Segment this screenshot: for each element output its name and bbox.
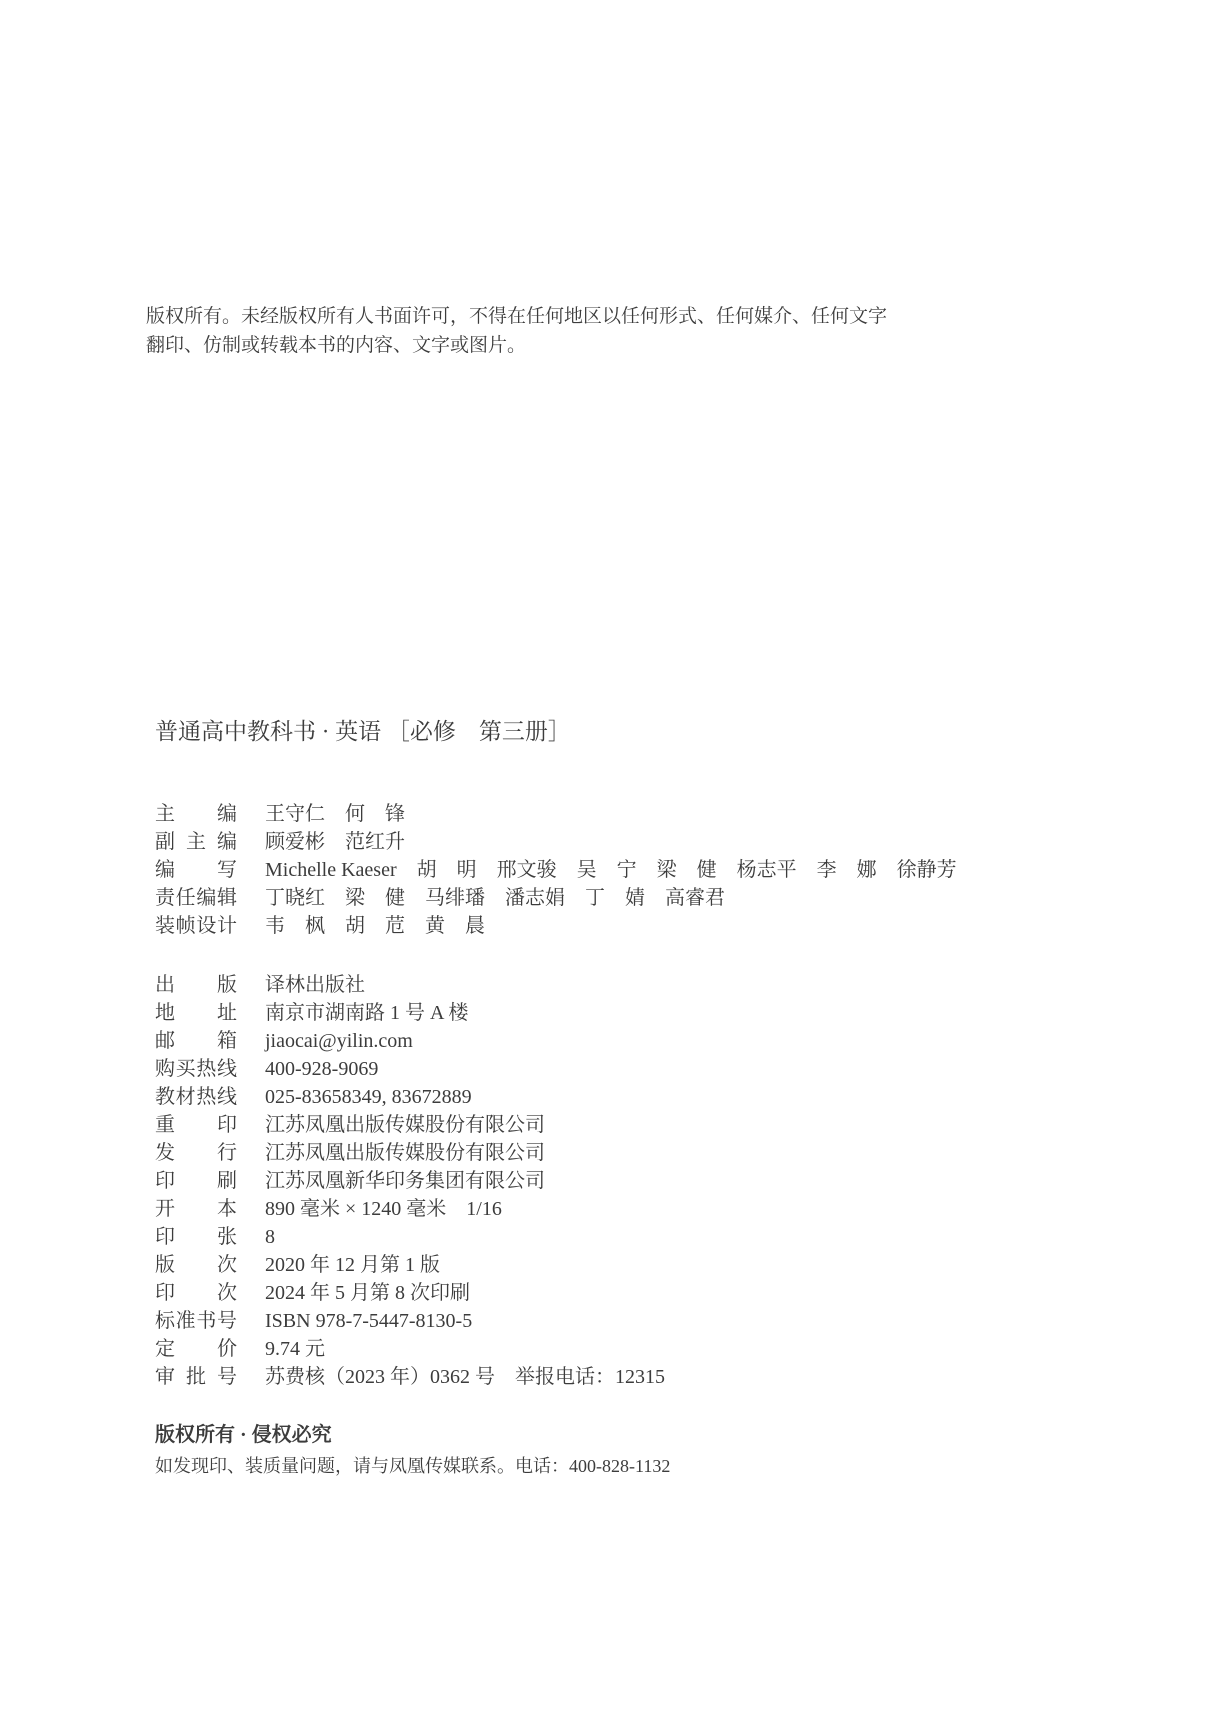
row-label: 标准书号 xyxy=(155,1307,237,1335)
staff-row: 装帧设计韦 枫 胡 苊 黄 晨 xyxy=(155,912,957,940)
legal-heading: 版权所有 · 侵权必究 xyxy=(155,1421,670,1449)
row-label: 版次 xyxy=(155,1251,237,1279)
staff-row-value: 韦 枫 胡 苊 黄 晨 xyxy=(265,912,485,940)
publication-row: 版次2020 年 12 月第 1 版 xyxy=(155,1251,665,1279)
row-label: 地址 xyxy=(155,999,237,1027)
staff-row-label: 编写 xyxy=(155,856,237,884)
row-label: 开本 xyxy=(155,1195,237,1223)
staff-row-value: 王守仁 何 锋 xyxy=(265,800,405,828)
row-value: jiaocai@yilin.com xyxy=(265,1027,413,1055)
row-value: 译林出版社 xyxy=(265,971,365,999)
publication-row: 地址南京市湖南路 1 号 A 楼 xyxy=(155,999,665,1027)
row-label: 购买热线 xyxy=(155,1055,237,1083)
row-label: 重印 xyxy=(155,1111,237,1139)
publication-row: 印张8 xyxy=(155,1223,665,1251)
row-value: 江苏凤凰出版传媒股份有限公司 xyxy=(265,1111,545,1139)
staff-row-value: 丁晓红 梁 健 马绯璠 潘志娟 丁 婧 高睿君 xyxy=(265,884,725,912)
publication-row: 邮箱jiaocai@yilin.com xyxy=(155,1027,665,1055)
row-label: 审批号 xyxy=(155,1363,237,1391)
publication-row: 重印江苏凤凰出版传媒股份有限公司 xyxy=(155,1111,665,1139)
publication-section: 出版译林出版社 地址南京市湖南路 1 号 A 楼 邮箱jiaocai@yilin… xyxy=(155,971,665,1391)
row-value: 江苏凤凰出版传媒股份有限公司 xyxy=(265,1139,545,1167)
staff-row-label: 责任编辑 xyxy=(155,884,237,912)
publication-row: 教材热线025-83658349, 83672889 xyxy=(155,1083,665,1111)
row-label: 印刷 xyxy=(155,1167,237,1195)
book-title: 普通高中教科书 · 英语 ［必修 第三册］ xyxy=(155,717,571,747)
notice-line-2: 翻印、仿制或转载本书的内容、文字或图片。 xyxy=(146,331,887,360)
row-value: 025-83658349, 83672889 xyxy=(265,1083,472,1111)
publication-row: 印次2024 年 5 月第 8 次印刷 xyxy=(155,1279,665,1307)
row-value: 2020 年 12 月第 1 版 xyxy=(265,1251,440,1279)
row-label: 出版 xyxy=(155,971,237,999)
publication-row: 印刷江苏凤凰新华印务集团有限公司 xyxy=(155,1167,665,1195)
row-label: 定价 xyxy=(155,1335,237,1363)
row-value: 400-928-9069 xyxy=(265,1055,378,1083)
row-label: 教材热线 xyxy=(155,1083,237,1111)
publication-row: 发行江苏凤凰出版传媒股份有限公司 xyxy=(155,1139,665,1167)
staff-row: 副主编顾爱彬 范红升 xyxy=(155,828,957,856)
publication-row: 审批号苏费核（2023 年）0362 号 举报电话：12315 xyxy=(155,1363,665,1391)
row-label: 发行 xyxy=(155,1139,237,1167)
row-label: 邮箱 xyxy=(155,1027,237,1055)
row-label: 印次 xyxy=(155,1279,237,1307)
staff-row: 编写Michelle Kaeser 胡 明 邢文骏 吴 宁 梁 健 杨志平 李 … xyxy=(155,856,957,884)
staff-row-value: 顾爱彬 范红升 xyxy=(265,828,405,856)
row-value: 8 xyxy=(265,1223,275,1251)
row-label: 印张 xyxy=(155,1223,237,1251)
publication-row: 购买热线400-928-9069 xyxy=(155,1055,665,1083)
publication-row: 出版译林出版社 xyxy=(155,971,665,999)
row-value: 9.74 元 xyxy=(265,1335,325,1363)
row-value: 江苏凤凰新华印务集团有限公司 xyxy=(265,1167,545,1195)
staff-row-value: Michelle Kaeser 胡 明 邢文骏 吴 宁 梁 健 杨志平 李 娜 … xyxy=(265,856,957,884)
publication-row: 开本890 毫米 × 1240 毫米 1/16 xyxy=(155,1195,665,1223)
notice-line-1: 版权所有。未经版权所有人书面许可，不得在任何地区以任何形式、任何媒介、任何文字 xyxy=(146,302,887,331)
staff-section: 主编王守仁 何 锋 副主编顾爱彬 范红升 编写Michelle Kaeser 胡… xyxy=(155,800,957,940)
publication-row: 标准书号ISBN 978-7-5447-8130-5 xyxy=(155,1307,665,1335)
copyright-notice: 版权所有。未经版权所有人书面许可，不得在任何地区以任何形式、任何媒介、任何文字 … xyxy=(146,302,887,360)
staff-row-label: 装帧设计 xyxy=(155,912,237,940)
staff-row: 责任编辑丁晓红 梁 健 马绯璠 潘志娟 丁 婧 高睿君 xyxy=(155,884,957,912)
staff-row-label: 主编 xyxy=(155,800,237,828)
row-value: 2024 年 5 月第 8 次印刷 xyxy=(265,1279,470,1307)
legal-section: 版权所有 · 侵权必究 如发现印、装质量问题，请与凤凰传媒联系。电话：400-8… xyxy=(155,1421,670,1479)
copyright-page: 版权所有。未经版权所有人书面许可，不得在任何地区以任何形式、任何媒介、任何文字 … xyxy=(0,0,1207,1717)
legal-note: 如发现印、装质量问题，请与凤凰传媒联系。电话：400-828-1132 xyxy=(155,1453,670,1479)
row-value: 苏费核（2023 年）0362 号 举报电话：12315 xyxy=(265,1363,665,1391)
staff-row: 主编王守仁 何 锋 xyxy=(155,800,957,828)
publication-row: 定价9.74 元 xyxy=(155,1335,665,1363)
staff-row-label: 副主编 xyxy=(155,828,237,856)
row-value: 南京市湖南路 1 号 A 楼 xyxy=(265,999,468,1027)
row-value: 890 毫米 × 1240 毫米 1/16 xyxy=(265,1195,502,1223)
row-value: ISBN 978-7-5447-8130-5 xyxy=(265,1307,472,1335)
